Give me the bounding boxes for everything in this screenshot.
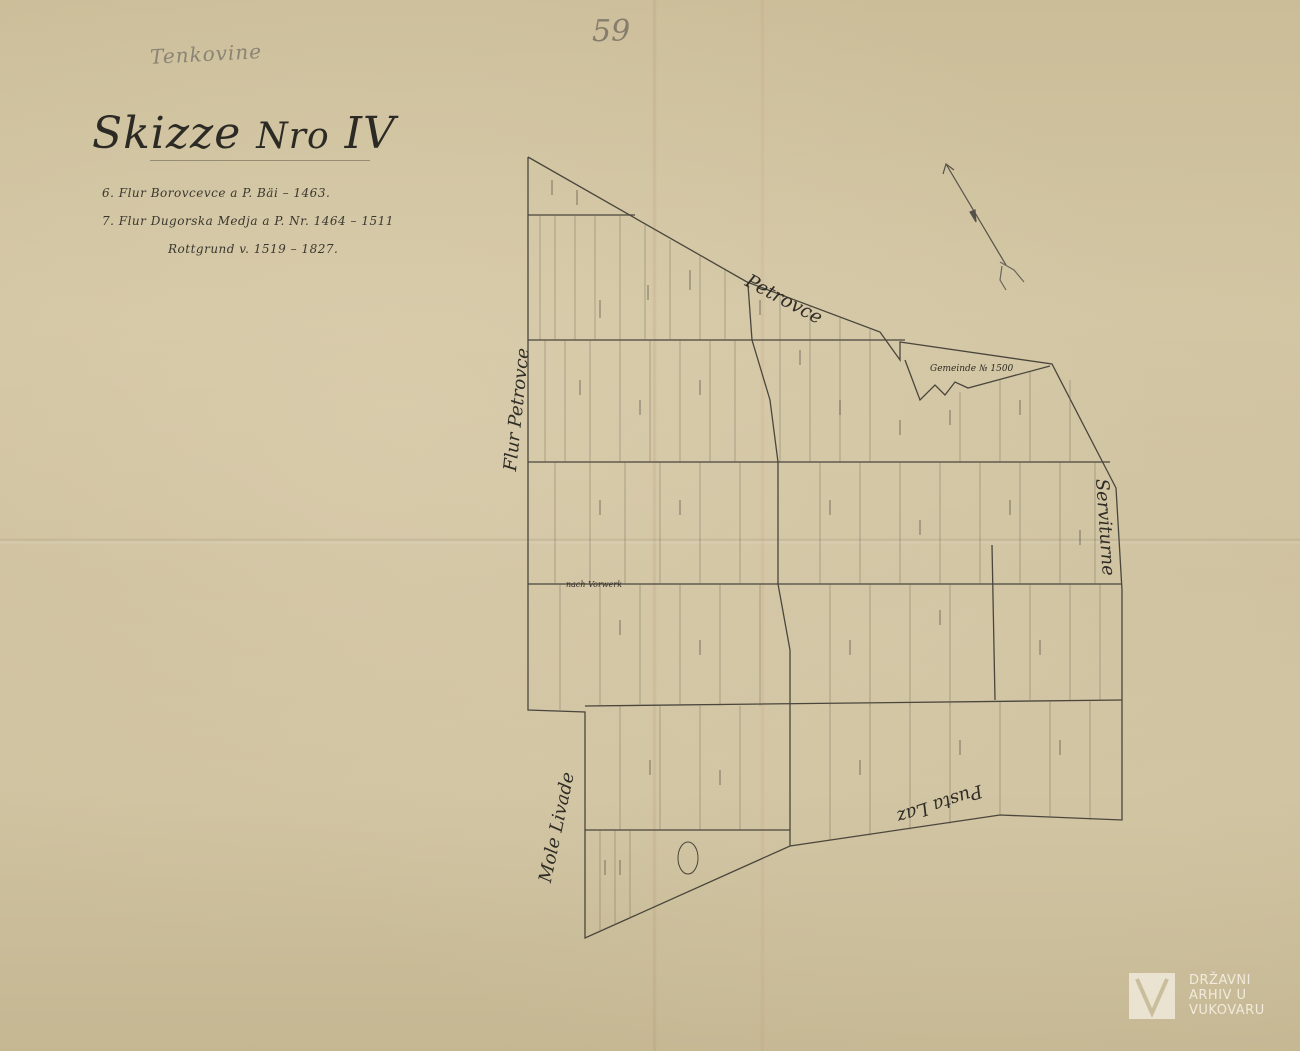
gemeinde-label: Gemeinde № 1500 [930, 364, 1013, 374]
plot-outline [528, 157, 1122, 938]
archive-logo-line-3: VUKOVARU [1189, 1003, 1265, 1018]
archive-logo: DRŽAVNI ARHIV U VUKOVARU [1129, 973, 1265, 1019]
parcel-lines [540, 215, 1100, 930]
archive-logo-text: DRŽAVNI ARHIV U VUKOVARU [1189, 973, 1265, 1018]
scanned-map-sheet: Tenkovine 59 Skizze Nro IV 6. Flur Borov… [0, 0, 1300, 1051]
archive-logo-line-2: ARHIV U [1189, 988, 1265, 1003]
north-arrow-icon [943, 164, 1024, 290]
archive-logo-mark-icon [1129, 973, 1175, 1019]
parcel-number-marks [552, 180, 1080, 875]
path-label: nach Vorwerk [566, 580, 622, 589]
circled-parcel-mark [678, 842, 698, 874]
archive-logo-line-1: DRŽAVNI [1189, 973, 1265, 988]
